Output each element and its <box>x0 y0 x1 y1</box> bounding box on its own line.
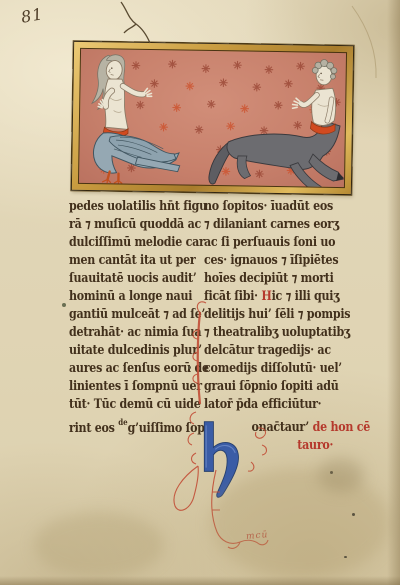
text-line: ⁊ theatralibʒ uoluptatibʒ <box>204 323 377 341</box>
text-line: men cantāt ita ut per <box>69 251 219 269</box>
text-line: tauro· <box>252 436 377 454</box>
folio-number: 81 <box>20 4 45 27</box>
text-segment: onac̄taur’ <box>252 419 313 434</box>
star-icon <box>222 167 231 176</box>
star-icon <box>274 101 283 110</box>
text-line: delcātur tragedijs· ac <box>204 341 377 359</box>
centaur-figure <box>209 58 346 187</box>
text-line: onac̄taur’ de hon cē <box>252 418 377 436</box>
star-icon <box>186 82 195 91</box>
star-icon <box>296 62 305 71</box>
text-line: no ſopitos· īuadūt eos <box>204 197 377 215</box>
text-line: delitijs hui’ ſēli ⁊ pompis <box>204 305 377 323</box>
text-segment: de hon cē <box>313 419 370 434</box>
text-segment: hominū a longe naui <box>69 288 192 303</box>
text-line: hoīes decipiūt ⁊ morti <box>204 269 377 287</box>
star-icon <box>255 170 264 179</box>
text-segment: dulciſſimū melodie car <box>69 234 205 249</box>
text-segment: delitijs hui’ ſēli ⁊ pompis <box>204 306 350 321</box>
stain <box>34 512 164 578</box>
initial-paragraph: onac̄taur’ de hon cētauro· <box>204 418 377 454</box>
text-line: ſuauitatē uocis audit’ <box>69 269 219 287</box>
star-icon <box>159 123 168 132</box>
star-icon <box>219 78 228 87</box>
text-segment: rā ⁊ muſicū quoddā ac <box>69 216 201 231</box>
star-icon <box>195 125 204 134</box>
star-icon <box>293 121 302 130</box>
text-segment: rint eos <box>69 420 118 435</box>
text-line: gantiū mulceāt ⁊ ad ſe’ <box>69 305 219 323</box>
miniature-illustration <box>79 49 346 187</box>
siren-extended-arm <box>123 86 144 94</box>
text-segment: men cantāt ita ut per <box>69 252 195 267</box>
text-line: ac ſi perſuauis ſoni uo <box>204 233 377 251</box>
text-line: tūt· Tūc demū cū uide <box>69 395 219 413</box>
speck <box>352 513 355 516</box>
text-line: pedes uolatilis hn̄t figu <box>69 197 219 215</box>
text-segment: H <box>261 288 271 303</box>
text-segment: ⁊ theatralibʒ uoluptatibʒ <box>204 324 350 339</box>
text-segment: hoīes decipiūt ⁊ morti <box>204 270 334 285</box>
stain <box>318 458 364 492</box>
text-segment: ac ſi perſuauis ſoni uo <box>204 234 335 249</box>
star-icon <box>253 83 262 92</box>
text-line: detrahāt· ac nimia ſua <box>69 323 219 341</box>
text-segment: tūt· Tūc demū cū uide <box>69 396 201 411</box>
star-icon <box>233 61 242 70</box>
star-icon <box>132 61 141 70</box>
star-icon <box>240 104 249 113</box>
text-segment: delcātur tragedijs· ac <box>204 342 331 357</box>
speck <box>330 471 333 474</box>
text-segment: ⁊ dilaniant carnes eorʒ <box>204 216 339 231</box>
text-segment: pedes uolatilis hn̄t figu <box>69 198 207 213</box>
star-icon <box>265 65 274 74</box>
star-icon <box>202 64 211 73</box>
text-line: aures ac ſenſus eorū de <box>69 359 219 377</box>
text-line: graui ſōpnio ſopiti adū <box>204 377 377 395</box>
star-icon <box>168 60 177 69</box>
text-segment: graui ſōpnio ſopiti adū <box>204 378 339 393</box>
siren-figure <box>91 54 182 185</box>
text-segment: detrahāt· ac nimia ſua <box>69 324 201 339</box>
text-segment: ſuauitatē uocis audit’ <box>69 270 196 285</box>
text-line: hominū a longe naui <box>69 287 219 305</box>
text-line: dulciſſimū melodie car <box>69 233 219 251</box>
text-segment: no ſopitos· īuadūt eos <box>204 198 333 213</box>
text-segment: linientes ī ſompnū uer <box>69 378 202 393</box>
text-column-left: pedes uolatilis hn̄t figurā ⁊ muſicū quo… <box>69 197 219 437</box>
text-line: comedijs diſſolutū· uel’ <box>204 359 377 377</box>
text-line: ⁊ dilaniant carnes eorʒ <box>204 215 377 233</box>
stain <box>210 468 390 578</box>
text-segment: ces· ignauos ⁊ īſipiētes <box>204 252 338 267</box>
text-segment: lator̄ p̄da efficiūtur· <box>204 396 321 411</box>
centaur-open-palm <box>293 98 300 108</box>
text-line: uitate dulcedinis plur’ <box>69 341 219 359</box>
text-segment: comedijs diſſolutū· uel’ <box>204 360 342 375</box>
star-icon <box>284 79 293 88</box>
miniature-scene <box>78 48 347 188</box>
text-segment: de <box>118 417 127 427</box>
star-icon <box>136 101 145 110</box>
parchment-crease <box>352 6 376 78</box>
star-icon <box>150 79 159 88</box>
star-icon <box>207 100 216 109</box>
text-segment: uitate dulcedinis plur’ <box>69 342 202 357</box>
text-line: ces· ignauos ⁊ īſipiētes <box>204 251 377 269</box>
manuscript-page: 81 <box>0 0 400 585</box>
text-line: lator̄ p̄da efficiūtur· <box>204 395 377 413</box>
text-line: linientes ī ſompnū uer <box>69 377 219 395</box>
text-segment: gantiū mulceāt ⁊ ad ſe’ <box>69 306 205 321</box>
text-segment: ic ⁊ illi quiʒ <box>272 288 340 303</box>
star-icon <box>226 122 235 131</box>
text-segment: ficāt ſibi· <box>204 288 261 303</box>
text-segment: tauro· <box>297 437 333 452</box>
text-line: ficāt ſibi· Hic ⁊ illi quiʒ <box>204 287 377 305</box>
miniature-frame <box>71 41 354 195</box>
star-icon <box>172 103 181 112</box>
speck <box>62 303 66 307</box>
speck <box>344 556 347 558</box>
speck <box>188 366 191 369</box>
text-column-right: no ſopitos· īuadūt eos⁊ dilaniant carnes… <box>204 197 376 454</box>
text-segment: g’uiſſimo ſop <box>128 420 205 435</box>
text-line: rā ⁊ muſicū quoddā ac <box>69 215 219 233</box>
star-icon <box>260 126 269 135</box>
